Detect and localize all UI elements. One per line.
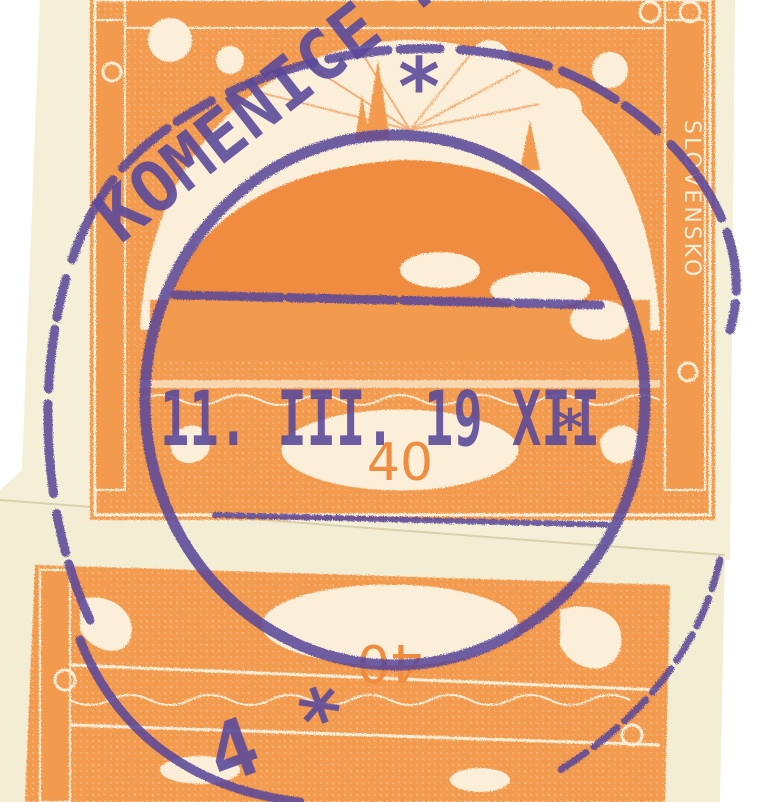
stamp-bottom [25,565,670,802]
postmark-date: 11. III. 19 XII [160,374,600,463]
postmark-star: * [395,41,443,134]
top-right-border-text: SLOVENSKO [679,120,704,279]
stamp-artwork: 40 SLOVENSKO 40 KOMENICE na MOR. * [0,0,771,802]
stamp-photograph: 40 SLOVENSKO 40 KOMENICE na MOR. * [0,0,771,802]
postmark-date-star: * [555,399,585,457]
